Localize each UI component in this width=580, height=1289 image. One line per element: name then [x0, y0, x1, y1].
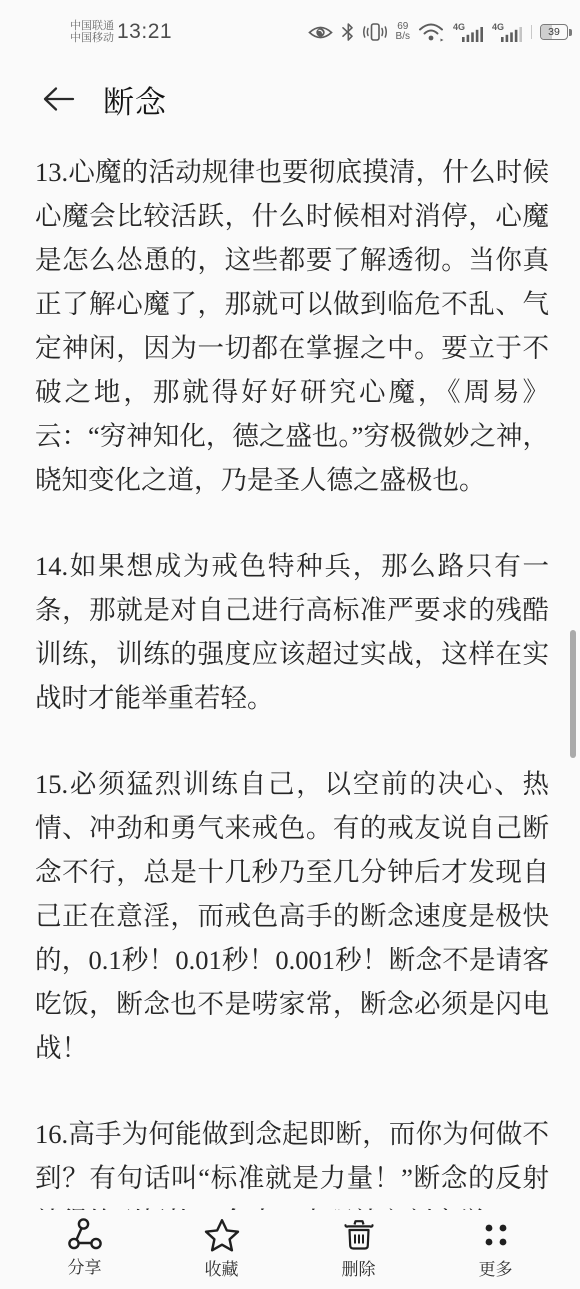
network-speed-unit: B/s	[396, 32, 410, 43]
paragraph-13: 13.心魔的活动规律也要彻底摸清，什么时候心魔会比较活跃，什么时候相对消停，心魔…	[35, 150, 549, 502]
back-button[interactable]	[38, 82, 79, 116]
eye-comfort-icon	[308, 24, 333, 41]
bottom-toolbar: 分享 收藏 删除 更多	[0, 1210, 580, 1289]
paragraph-15: 15.必须猛烈训练自己，以空前的决心、热情、冲劲和勇气来戒色。有的戒友说自己断念…	[35, 762, 549, 1070]
carrier-2: 中国移动	[70, 32, 114, 45]
network-speed: 69 B/s	[396, 22, 410, 43]
share-label: 分享	[68, 1253, 102, 1278]
signal-sim2: 4G	[492, 22, 523, 43]
share-button[interactable]: 分享	[16, 1210, 153, 1289]
delete-button[interactable]: 删除	[290, 1210, 427, 1289]
paragraph-14: 14.如果想成为戒色特种兵，那么路只有一条，那就是对自己进行高标准严要求的残酷训…	[35, 544, 549, 720]
more-button[interactable]: 更多	[427, 1210, 564, 1289]
back-arrow-icon	[42, 86, 75, 112]
signal-sim1: 4G	[453, 22, 484, 43]
app-bar: 断念	[0, 58, 580, 140]
battery-nub	[569, 29, 572, 36]
trash-icon	[341, 1217, 377, 1253]
status-left: 中国联通 中国移动 13:21	[70, 20, 172, 45]
status-divider	[531, 25, 532, 39]
carrier-names: 中国联通 中国移动	[70, 20, 114, 45]
status-time: 13:21	[117, 20, 172, 44]
more-dots-icon	[478, 1217, 514, 1253]
reading-content[interactable]: 13.心魔的活动规律也要彻底摸清，什么时候心魔会比较活跃，什么时候相对消停，心魔…	[0, 140, 580, 1289]
signal-bars-icon	[462, 27, 484, 42]
star-icon	[203, 1217, 241, 1253]
battery-body: 39	[540, 24, 568, 40]
status-right: 69 B/s 4G 4G	[308, 22, 572, 43]
more-label: 更多	[479, 1255, 513, 1280]
bluetooth-icon	[341, 23, 354, 41]
share-icon	[66, 1217, 103, 1251]
favorite-button[interactable]: 收藏	[153, 1210, 290, 1289]
battery-percent: 39	[541, 25, 567, 39]
delete-label: 删除	[342, 1255, 376, 1280]
page-title: 断念	[103, 77, 167, 122]
signal-bars-icon	[501, 27, 523, 42]
status-bar: 中国联通 中国移动 13:21 69 B/s	[0, 0, 580, 58]
favorite-label: 收藏	[205, 1255, 239, 1280]
scrollbar-thumb[interactable]	[570, 630, 576, 758]
wifi-icon	[418, 22, 445, 42]
vibrate-icon	[362, 23, 388, 41]
carrier-1: 中国联通	[70, 20, 114, 33]
battery-icon: 39	[540, 24, 572, 40]
